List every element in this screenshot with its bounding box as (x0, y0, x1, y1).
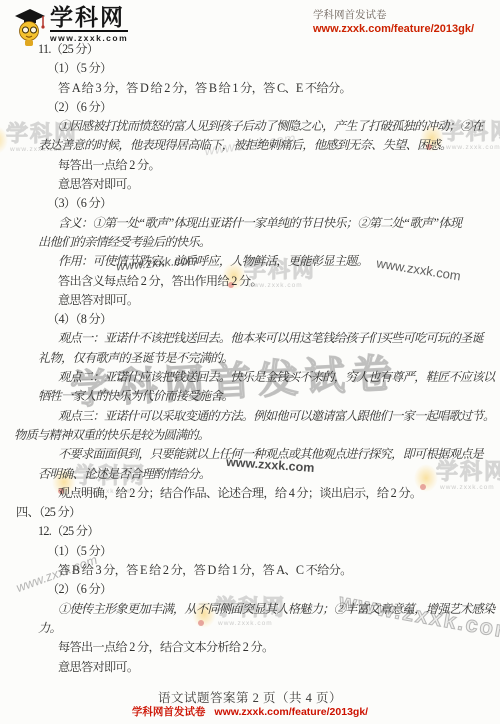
answer-text-line: ①使传主形象更加丰满，从不同侧面突显其人格魅力；②丰富文章意蕴，增强艺术感染 (0, 600, 500, 619)
scoring-rule: 意思答对即可。 (0, 658, 500, 677)
answer-text-line: 不要求面面俱到，只要能就以上任何一种观点或其他观点进行探究，即可根据观点是 (0, 445, 500, 464)
answer-text-line: 力。 (0, 619, 500, 638)
stamp-text: 学科网首发试卷 (313, 8, 474, 22)
sub-question-number: （1）（5 分） (0, 542, 500, 561)
sub-question-number: （4）（8 分） (0, 310, 500, 329)
answers-body: 11.（25 分） （1）（5 分） 答 A 给 3 分，答 D 给 2 分，答… (0, 40, 500, 677)
section-number: 四、（25 分） (0, 503, 500, 522)
page-header: 学科网 www.zxxk.com 学科网首发试卷 www.zxxk.com/fe… (0, 4, 500, 44)
page-number-label: 语文试题答案第 2 页（共 4 页） (0, 691, 500, 706)
scoring-rule: 每答出一点给 2 分，结合文本分析给 2 分。 (0, 638, 500, 657)
scanned-answer-sheet: www.zxxk.com www.zxxk.com www.zxxk.com w… (0, 0, 500, 724)
sub-question-number: （2）（6 分） (0, 580, 500, 599)
logo-text: 学科网 www.zxxk.com (50, 6, 128, 43)
scoring-rule: 观点明确，给 2 分；结合作品、论述合理，给 4 分；谈出启示，给 2 分。 (0, 484, 500, 503)
question-number: 12.（25 分） (0, 522, 500, 541)
scoring-rule: 答出含义每点给 2 分，答出作用给 2 分。 (0, 272, 500, 291)
logo-site-name: 学科网 (50, 6, 128, 29)
scoring-rule: 意思答对即可。 (0, 175, 500, 194)
answer-text-line: 出他们的亲情经受考验后的快乐。 (0, 233, 500, 252)
sub-question-number: （3）（6 分） (0, 194, 500, 213)
sub-question-number: （2）（6 分） (0, 98, 500, 117)
answer-text-line: 观点二：亚诺什应该把钱送回去。快乐是金钱买不来的，穷人也有尊严，鞋匠不应该以 (0, 368, 500, 387)
page-footer: 语文试题答案第 2 页（共 4 页） 学科网首发试卷www.zxxk.com/f… (0, 691, 500, 719)
footer-stamp-url: www.zxxk.com/feature/2013gk/ (214, 706, 368, 718)
scoring-rule: 答 B 给 3 分，答 E 给 2 分，答 D 给 1 分，答 A、C 不给分。 (0, 561, 500, 580)
answer-text-line: 观点三：亚诺什可以采取变通的方法。例如他可以邀请富人跟他们一家一起唱歌过节。 (0, 407, 500, 426)
question-number: 11.（25 分） (0, 40, 500, 59)
header-right-stamp: 学科网首发试卷 www.zxxk.com/feature/2013gk/ (313, 8, 474, 36)
stamp-url: www.zxxk.com/feature/2013gk/ (313, 22, 474, 36)
answer-text-line: 含义：①第一处“歌声”体现出亚诺什一家单纯的节日快乐；②第二处“歌声”体现 (0, 214, 500, 233)
answer-text-line: 表达善意的时候，他表现得居高临下，被拒绝刺痛后，他感到无奈、失望、困惑。 (0, 136, 500, 155)
scoring-rule: 每答出一点给 2 分。 (0, 156, 500, 175)
answer-text-line: 否明确、论述是否合理酌情给分。 (0, 465, 500, 484)
answer-text-line: 观点一：亚诺什不该把钱送回去。他本来可以用这笔钱给孩子们买些可吃可玩的圣诞 (0, 329, 500, 348)
answer-text-line: 物质与精神双重的快乐是较为圆满的。 (0, 426, 500, 445)
scoring-rule: 意思答对即可。 (0, 291, 500, 310)
footer-stamp: 学科网首发试卷www.zxxk.com/feature/2013gk/ (0, 706, 500, 719)
answer-text-line: 牺牲一家人的快乐为代价而接受施舍。 (0, 387, 500, 406)
answer-text-line: 礼物，仅有歌声的圣诞节是不完满的。 (0, 349, 500, 368)
sub-question-number: （1）（5 分） (0, 59, 500, 78)
answer-text-line: ①因感被打扰而愤怒的富人见到孩子后动了恻隐之心，产生了打破孤独的冲动；②在 (0, 117, 500, 136)
scoring-rule: 答 A 给 3 分，答 D 给 2 分，答 B 给 1 分，答 C、E 不给分。 (0, 79, 500, 98)
answer-text-line: 作用：可使情节跌宕，前后呼应，人物鲜活，更能彰显主题。 (0, 252, 500, 271)
footer-stamp-text: 学科网首发试卷 (132, 706, 206, 718)
